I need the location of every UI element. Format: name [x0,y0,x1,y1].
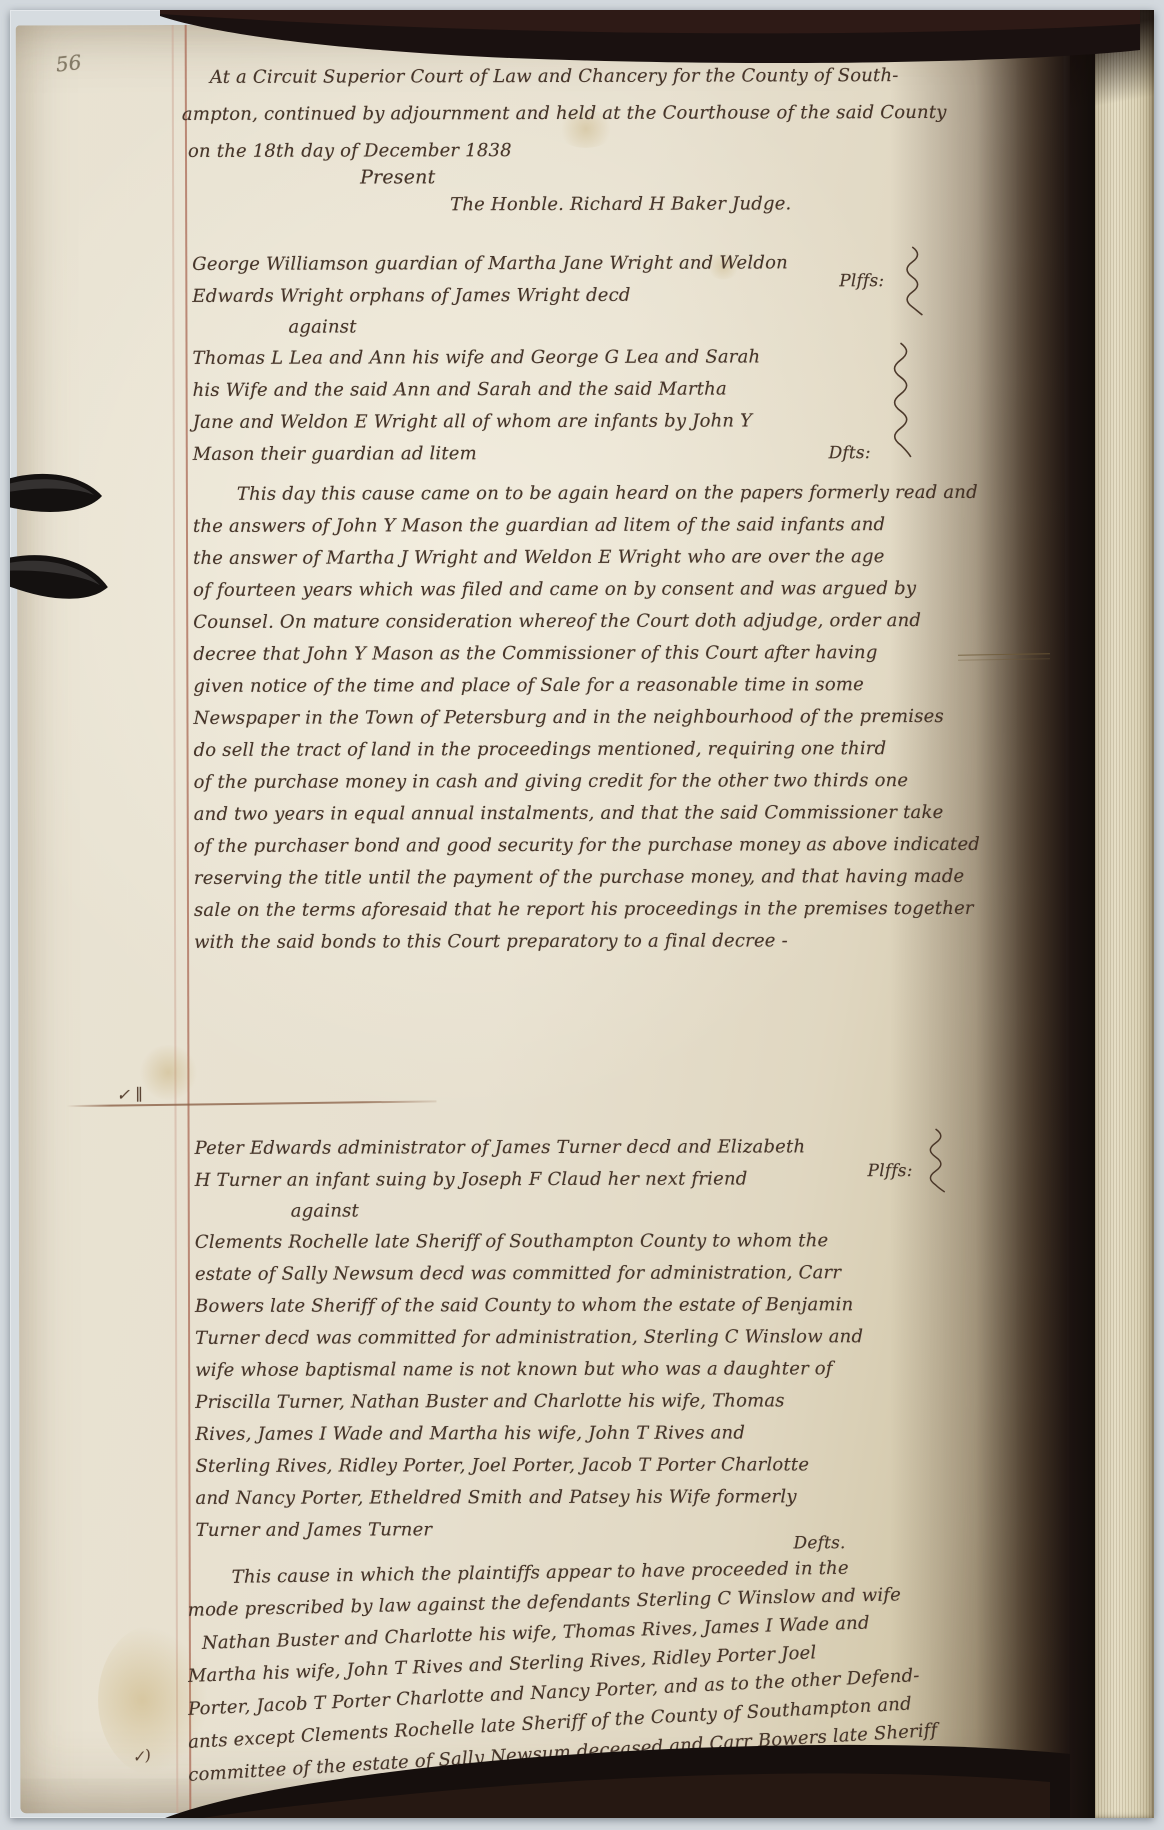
defendant-line: Turner decd was committed for administra… [195,1321,965,1355]
divider-mark: ✓ ∥ [116,1085,143,1104]
case2-plaintiffs: Peter Edwards administrator of James Tur… [195,1131,965,1197]
case2-decree: This cause in which the plaintiffs appea… [188,1559,989,1792]
decree-line: and two years in equal annual instalment… [194,797,954,831]
defendant-line: wife whose baptismal name is not known b… [195,1353,965,1387]
decree-line: do sell the tract of land in the proceed… [194,733,954,767]
binder-ring-icon [10,468,108,530]
decree-line: Counsel. On mature consideration whereof… [193,605,953,639]
decree-line: given notice of the time and place of Sa… [193,669,953,703]
decree-line: decree that John Y Mason as the Commissi… [193,637,953,671]
gutter-shadow [890,10,1095,1818]
decree-line: Newspaper in the Town of Petersburg and … [193,701,953,735]
header-line: ampton, continued by adjournment and hel… [182,94,952,133]
defendant-line: Clements Rochelle late Sheriff of Southa… [195,1225,965,1259]
against-label: against [291,1195,965,1227]
defendant-line: Priscilla Turner, Nathan Buster and Char… [195,1385,965,1419]
page-content: At a Circuit Superior Court of Law and C… [192,57,954,959]
case1-caption: George Williamson guardian of Martha Jan… [192,247,953,471]
decree-line: the answer of Martha J Wright and Weldon… [193,541,953,575]
decree-line: of the purchase money in cash and giving… [194,765,954,799]
fore-edge-pages [1095,10,1154,1818]
page-number: 56 [55,50,83,77]
judge-line: The Honble. Richard H Baker Judge. [450,189,952,220]
defendant-line: Thomas L Lea and Ann his wife and George… [192,341,952,375]
case1-plaintiffs: George Williamson guardian of Martha Jan… [192,247,952,313]
decree-line: reserving the title until the payment of… [194,861,954,895]
case1-decree: This day this cause came on to be again … [193,477,954,959]
margin-rule-inner [185,25,192,1813]
decree-line: This day this cause came on to be again … [237,477,953,511]
photo-frame: 56 At a Circuit Superior Court of Law an… [10,10,1154,1818]
decree-line: of fourteen years which was filed and ca… [193,573,953,607]
defendant-line: Turner and James Turner [196,1513,966,1547]
fore-edge-top-shadow [1070,10,1154,160]
bottom-margin-mark: ✓) [131,1746,152,1766]
defendant-line: Bowers late Sheriff of the said County t… [195,1289,965,1323]
defendants-abbr: Dfts: [829,443,871,463]
margin-rule-outer [172,25,179,1813]
defendant-line: and Nancy Porter, Etheldred Smith and Pa… [195,1481,965,1515]
defendant-line: Jane and Weldon E Wright all of whom are… [193,405,953,439]
decree-line: the answers of John Y Mason the guardian… [193,509,953,543]
header-line: At a Circuit Superior Court of Law and C… [210,57,952,96]
against-label: against [288,311,952,343]
decree-line: with the said bonds to this Court prepar… [194,925,954,959]
defendant-line: his Wife and the said Ann and Sarah and … [193,373,953,407]
decree-line: of the purchaser bond and good security … [194,829,954,863]
defendant-line: Rives, James I Wade and Martha his wife,… [195,1417,965,1451]
case2-caption: Peter Edwards administrator of James Tur… [195,1131,966,1547]
defendant-line: Sterling Rives, Ridley Porter, Joel Port… [195,1449,965,1483]
defendants-abbr: Defts. [793,1533,845,1553]
plaintiff-line: Peter Edwards administrator of James Tur… [195,1131,965,1165]
plaintiff-line: H Turner an infant suing by Joseph F Cla… [195,1163,965,1197]
court-session-header: At a Circuit Superior Court of Law and C… [192,57,952,221]
binder-ring-icon [10,544,117,621]
case1-defendants: Thomas L Lea and Ann his wife and George… [192,341,952,471]
decree-line: sale on the terms aforesaid that he repo… [194,893,954,927]
defendant-line: estate of Sally Newsum decd was committe… [195,1257,965,1291]
case2-defendants: Clements Rochelle late Sheriff of Southa… [195,1225,966,1547]
plaintiffs-abbr: Plffs: [839,271,884,291]
